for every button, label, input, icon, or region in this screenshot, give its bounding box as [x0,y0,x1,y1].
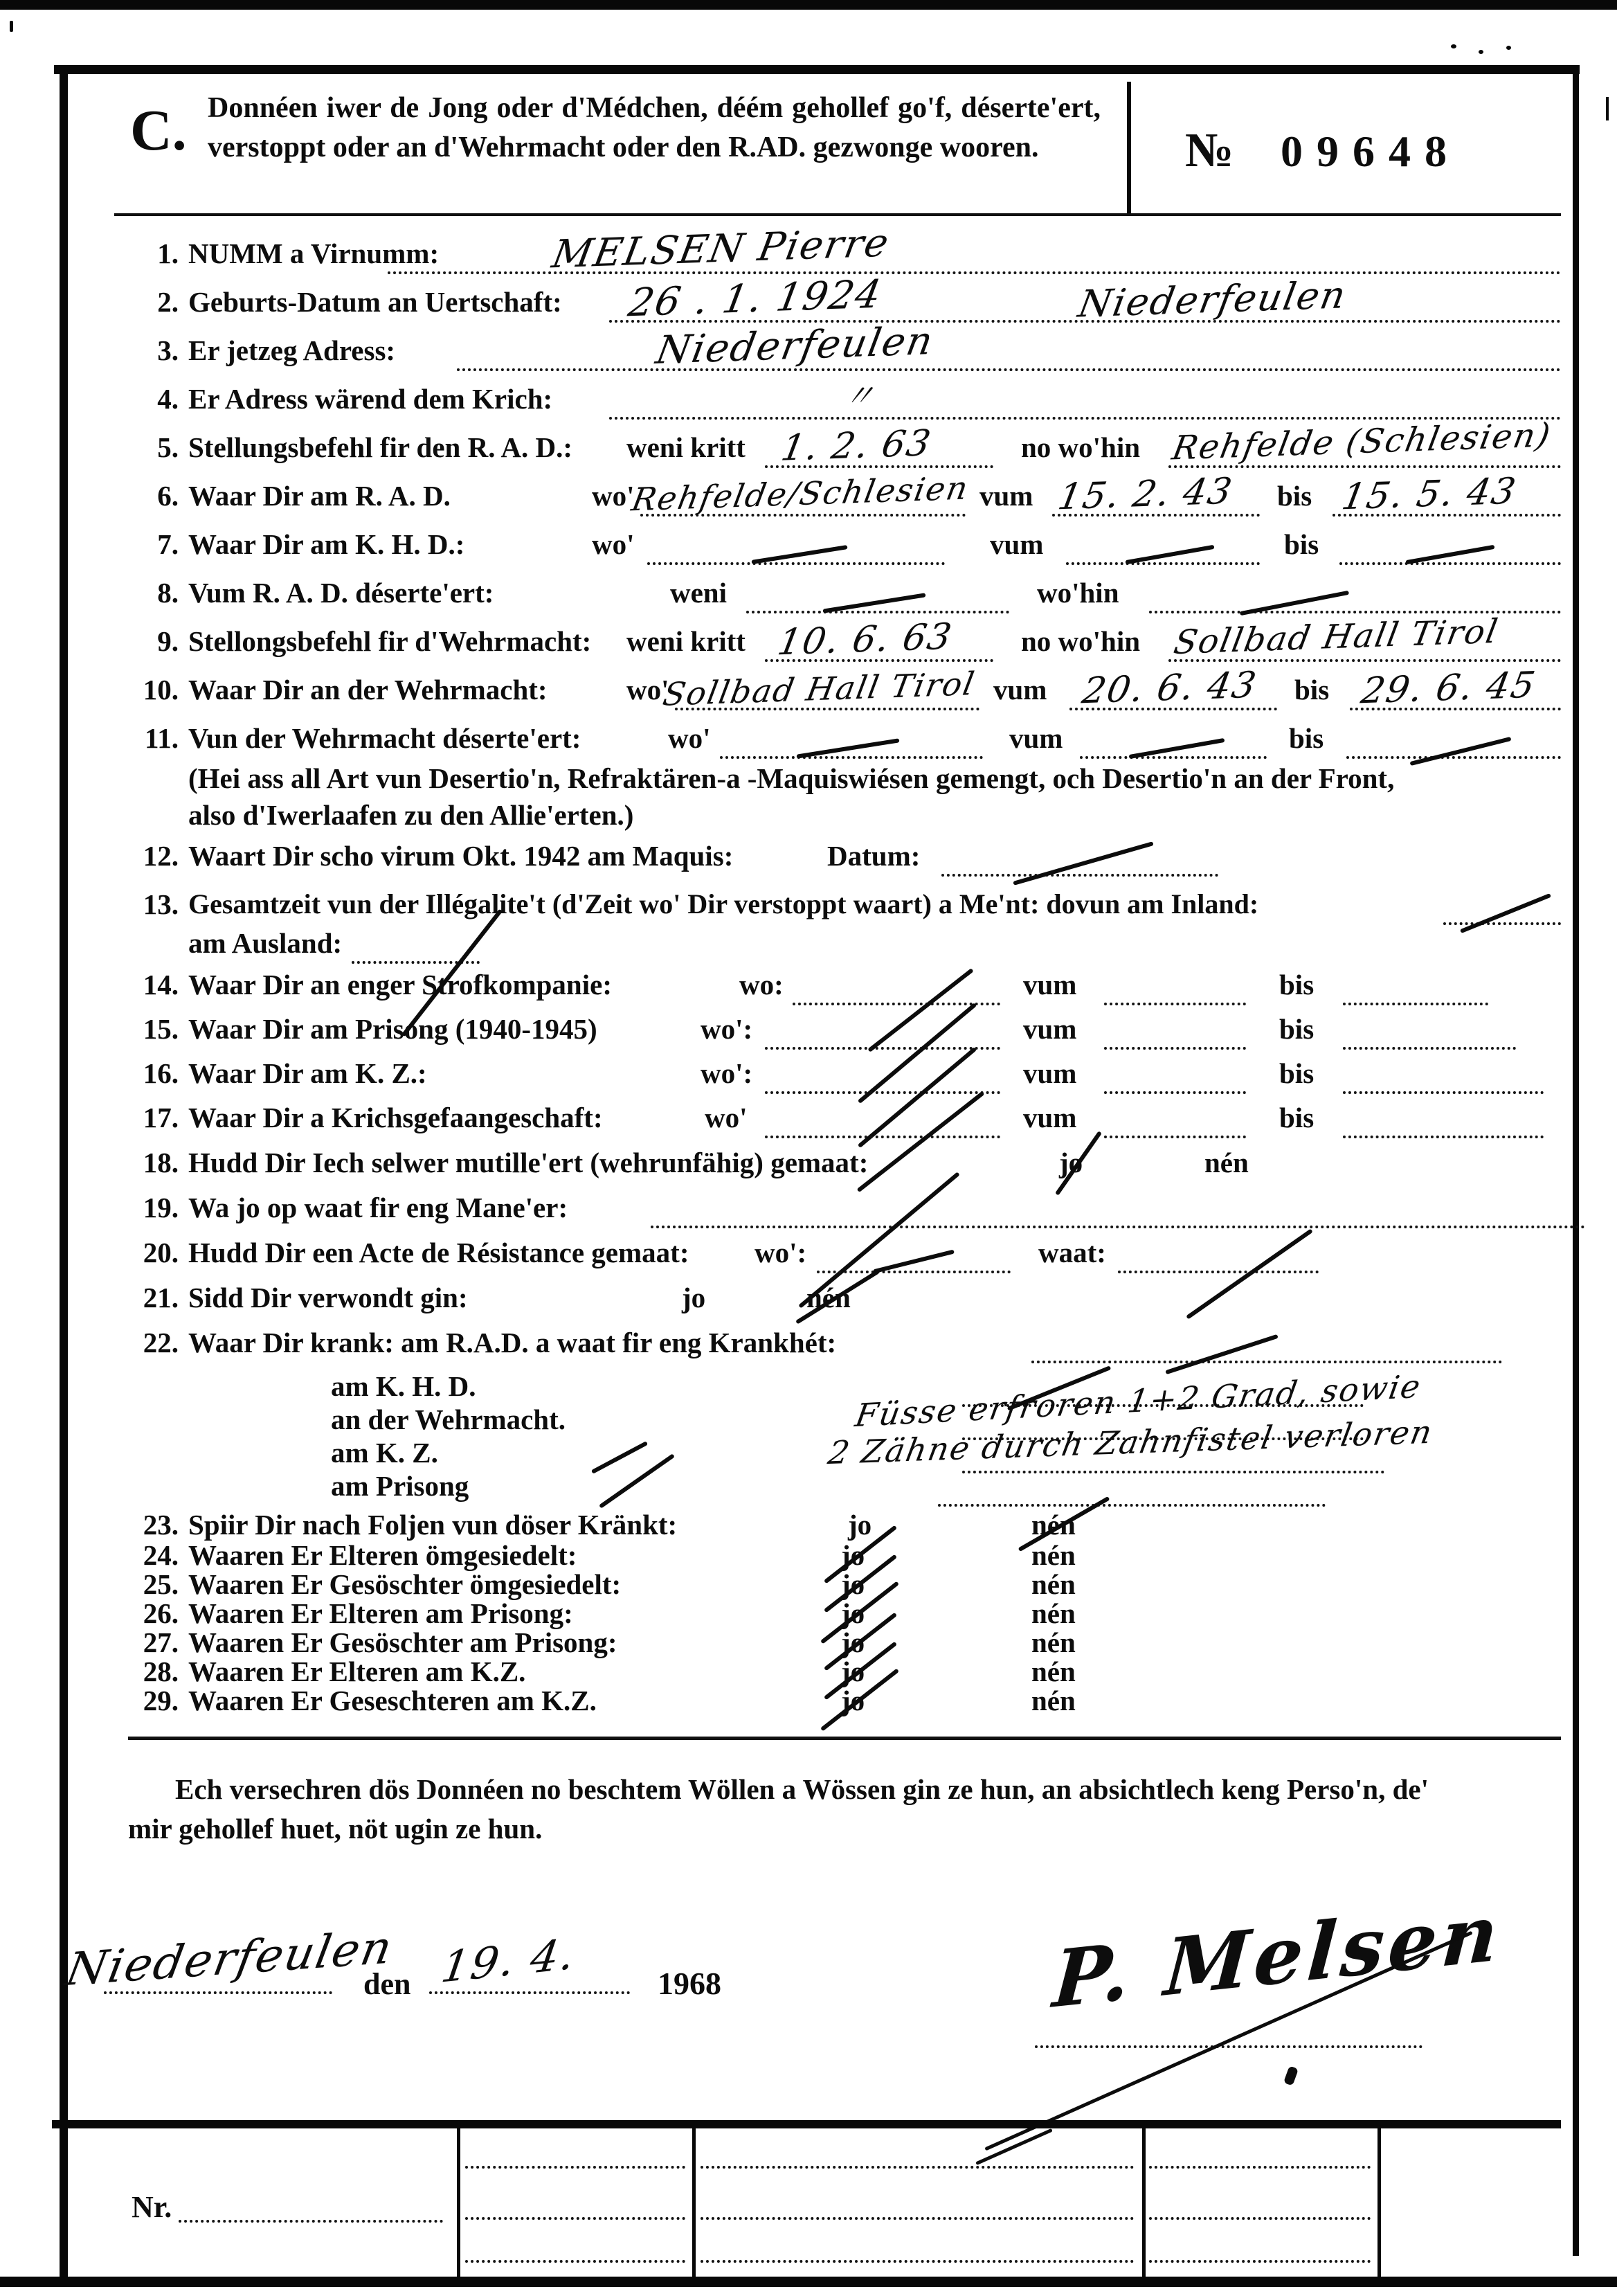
answer-nen[interactable]: nén [1031,1568,1076,1601]
nr-line[interactable] [179,2188,443,2223]
section-separator [128,1737,1561,1740]
year-printed: 1968 [658,1965,721,2002]
table-cell-line[interactable] [465,2185,685,2220]
answer-nen[interactable]: nén [1031,1626,1076,1659]
table-cell-line[interactable] [701,2134,1134,2169]
answer-line[interactable] [1346,721,1561,759]
table-cell-line[interactable] [1149,2134,1371,2169]
handwritten-date: 1. 2. 63 [778,422,935,469]
handwritten-name: MELSEN Pierre [549,221,894,278]
answer-line [1343,1012,1516,1050]
form-item-8: 8. Vum R. A. D. déserte'ert: weni wo'hin [0,576,1617,616]
stroke-dash [873,1250,955,1274]
handwritten-place: Sollbad Hall Tirol [1171,612,1501,662]
form-item-22-prisong: am Prisong [0,1469,1617,1509]
scan-right-tick [1606,97,1609,120]
scan-speck [10,21,13,32]
stroke-dash [1165,1334,1279,1374]
answer-nen[interactable]: nén [1031,1655,1076,1688]
form-item-1: 1. NUMM a Virnumm: MELSEN Pierre [0,237,1617,277]
answer-line[interactable] [817,1236,1011,1273]
answer-nen[interactable]: nén [1031,1597,1076,1630]
answer-line[interactable]: 1. 2. 63 [765,431,993,468]
form-border-top [54,65,1580,74]
answer-line [1343,1101,1544,1138]
answer-line[interactable]: Rehfelde/Schlesien [640,479,966,517]
form-item-21: 21. Sidd Dir verwondt gin: jo nén [0,1281,1617,1321]
answer-line[interactable]: 10. 6. 63 [765,625,993,662]
answer-line [1343,1057,1544,1094]
handwritten-birthdate: 26 . 1. 1924 [625,272,885,326]
table-column-line-4 [1377,2128,1381,2277]
answer-line[interactable] [1080,721,1267,759]
form-item-17: 17. Waar Dir a Krichsgefaangeschaft: wo'… [0,1101,1617,1141]
answer-line[interactable]: 26 . 1. 1924 Niederfeulen [609,285,1561,323]
form-item-11: 11. Vun der Wehrmacht déserte'ert: wo' v… [0,721,1617,762]
answer-line[interactable] [765,1101,1000,1138]
table-cell-line[interactable] [701,2185,1134,2220]
answer-line[interactable] [651,1191,1585,1228]
table-column-line-1 [457,2128,460,2277]
table-cell-line[interactable] [1149,2228,1371,2263]
answer-line[interactable] [1031,1326,1502,1363]
form-item-9: 9. Stellongsbefehl fir d'Wehrmacht: weni… [0,625,1617,665]
stroke-dash [1240,591,1349,616]
form-item-11-note: (Hei ass all Art vun Desertio'n, Refrakt… [188,760,1434,834]
handwritten-date: 20. 6. 43 [1079,665,1261,712]
signature-comma-mark [1283,2065,1299,2086]
answer-line [1104,1012,1246,1050]
answer-line[interactable]: MELSEN Pierre [388,237,1561,274]
declaration-text: Ech versechren dös Donnéen no beschtem W… [128,1770,1454,1849]
answer-line [938,1469,1326,1507]
form-item-13: 13. Gesamtzeit vun der Illégalite't (d'Z… [0,888,1617,928]
table-cell-line[interactable] [465,2228,685,2263]
nr-label: Nr. [132,2189,172,2225]
stroke-dash [1405,545,1494,564]
answer-line[interactable]: Sollbad Hall Tirol [1168,625,1561,662]
signature-line [1035,2014,1422,2048]
handwritten-birthplace: Niederfeulen [1075,273,1350,325]
table-cell-line[interactable] [1149,2185,1371,2220]
stroke-dash [751,545,847,564]
handwritten-ditto-mark: 〃 [840,370,880,416]
answer-line[interactable] [765,1057,1000,1094]
answer-line[interactable]: Sollbad Hall Tirol [675,673,979,710]
answer-jo[interactable]: jo [848,1508,871,1541]
form-item-5: 5. Stellungsbefehl fir den R. A. D.: wen… [0,431,1617,471]
form-item-3: 3. Er jetzeg Adress: Niederfeulen [0,334,1617,374]
form-item-13b: am Ausland: [0,926,1617,967]
table-column-line-2 [692,2128,696,2277]
place-line[interactable] [104,1959,332,1994]
answer-line[interactable]: 29. 6. 45 [1350,673,1561,710]
form-item-10: 10. Waar Dir an der Wehrmacht: wo' Sollb… [0,673,1617,713]
answer-line [1104,1057,1246,1094]
stroke-dash [822,593,925,613]
scanned-form-page: C. Donnéen iwer de Jong oder d'Médchen, … [0,0,1617,2296]
answer-line [1104,1101,1246,1138]
table-top-border [52,2120,1561,2128]
answer-nen[interactable]: nén [1031,1684,1076,1717]
form-item-22: 22. Waar Dir krank: am R.A.D. a waat fir… [0,1326,1617,1366]
scan-top-edge [0,0,1617,10]
scan-speck [1506,46,1511,50]
handwritten-place: Sollbad Hall Tirol [660,665,979,713]
answer-line[interactable] [765,1012,1000,1050]
stroke-dash [1013,841,1154,886]
den-label: den [363,1966,410,2002]
form-item-4: 4. Er Adress wärend dem Krich: 〃 [0,382,1617,422]
header-divider [1127,82,1131,213]
answer-line[interactable] [352,926,480,964]
answer-line[interactable] [746,576,1009,613]
table-bottom-border [0,2277,1617,2287]
answer-nen[interactable]: nén [1204,1146,1249,1179]
form-serial-number: 09648 [1281,126,1461,177]
handwritten-date: 10. 6. 63 [775,616,956,664]
answer-line[interactable] [1339,528,1561,565]
form-item-29: 29. Waaren Er Geseschteren am K.Z. jo né… [0,1684,1617,1724]
answer-line[interactable]: Niederfeulen [457,334,1561,371]
answer-nen[interactable]: nén [1031,1539,1076,1572]
form-item-2: 2. Geburts-Datum an Uertschaft: 26 . 1. … [0,285,1617,325]
form-item-16: 16. Waar Dir am K. Z.: wo': vum bis [0,1057,1617,1097]
handwritten-place: Rehfelde/Schlesien [629,469,972,519]
form-item-19: 19. Wa jo op waat fir eng Mane'er: [0,1191,1617,1231]
answer-jo[interactable]: jo [682,1281,705,1314]
handwritten-date: 15. 5. 43 [1339,471,1520,519]
handwritten-date: 15. 2. 43 [1055,471,1236,519]
section-letter: C. [130,97,187,164]
date-line[interactable] [429,1959,630,1994]
answer-line[interactable] [793,968,1000,1005]
header-underline [114,213,1561,216]
stroke-dash [1125,545,1214,564]
answer-line[interactable]: 15. 5. 43 [1333,479,1561,517]
signature[interactable]: P. Melsen [1050,1887,1505,2026]
handwritten-place: Rehfelde (Schlesien) [1169,416,1554,468]
answer-line[interactable] [720,721,983,759]
table-cell-line[interactable] [701,2228,1134,2263]
answer-line[interactable]: Rehfelde (Schlesien) [1168,431,1561,468]
form-item-14: 14. Waar Dir an enger Strofkompanie: wo:… [0,968,1617,1008]
answer-line[interactable] [647,528,945,565]
answer-line[interactable]: 〃 [609,382,1561,420]
answer-line[interactable] [1149,576,1561,613]
form-item-6: 6. Waar Dir am R. A. D. wo' Rehfelde/Sch… [0,479,1617,519]
table-column-line-3 [1142,2128,1146,2277]
answer-line[interactable] [1443,888,1561,925]
answer-line [1343,968,1488,1005]
answer-line[interactable]: 20. 6. 43 [1069,673,1277,710]
form-item-18: 18. Hudd Dir Iech selwer mutille'ert (we… [0,1146,1617,1186]
handwritten-date: 29. 6. 45 [1358,665,1539,712]
answer-line[interactable] [1066,528,1260,565]
form-item-20: 20. Hudd Dir een Acte de Résistance gema… [0,1236,1617,1276]
handwritten-address: Niederfeulen [653,319,937,373]
table-cell-line[interactable] [465,2134,685,2169]
form-item-7: 7. Waar Dir am K. H. D.: wo' vum bis [0,528,1617,568]
answer-line[interactable] [1118,1236,1319,1273]
answer-line [1104,968,1246,1005]
answer-line[interactable] [941,839,1218,877]
scan-speck [1451,44,1456,48]
form-item-12: 12. Waart Dir scho virum Okt. 1942 am Ma… [0,839,1617,879]
number-sign: № [1185,123,1234,179]
scan-speck [1479,50,1483,54]
form-title: Donnéen iwer de Jong oder d'Médchen, déé… [208,89,1101,168]
stroke-dash [1129,738,1225,759]
stroke-dash [796,738,899,758]
form-item-15: 15. Waar Dir am Prisong (1940-1945) wo':… [0,1012,1617,1052]
answer-line[interactable]: 15. 2. 43 [1052,479,1260,517]
